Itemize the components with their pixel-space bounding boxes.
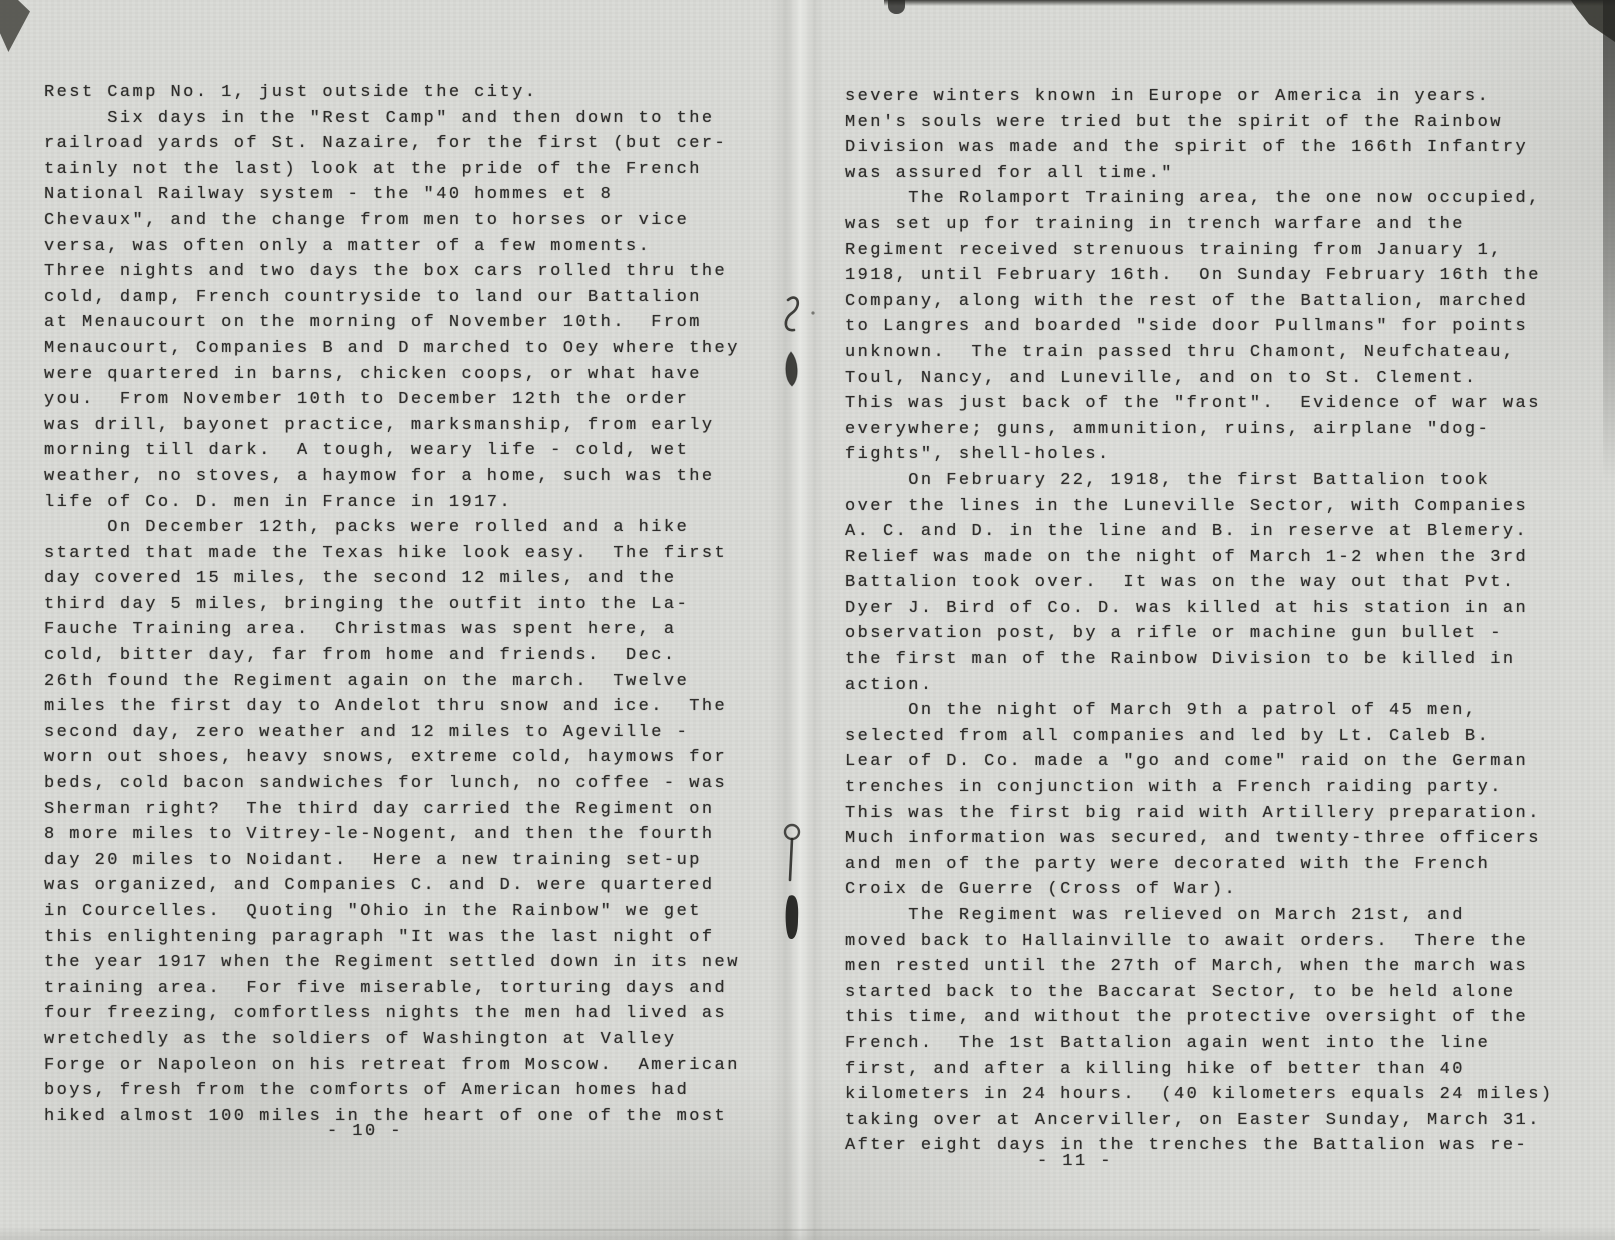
scan-crease-bottom [40, 1229, 1540, 1231]
page-right-text: severe winters known in Europe or Americ… [845, 84, 1554, 1159]
center-fold-shadow [772, 0, 824, 1240]
page-left-number: - 10 - [327, 1122, 403, 1141]
scan-corner-artifact-top-left [0, 0, 30, 52]
binding-stitch-marks-icon [758, 280, 822, 960]
page-right: severe winters known in Europe or Americ… [845, 84, 1554, 1159]
page-right-number: - 11 - [1037, 1152, 1113, 1171]
page-left-text: Rest Camp No. 1, just outside the city. … [44, 80, 740, 1129]
book-spread-scan: Rest Camp No. 1, just outside the city. … [0, 0, 1615, 1240]
page-left: Rest Camp No. 1, just outside the city. … [44, 80, 740, 1129]
scan-edge-artifact-right [1603, 0, 1615, 480]
scan-edge-artifact-top [884, 0, 1615, 6]
scan-edge-notch-top [888, 0, 905, 14]
